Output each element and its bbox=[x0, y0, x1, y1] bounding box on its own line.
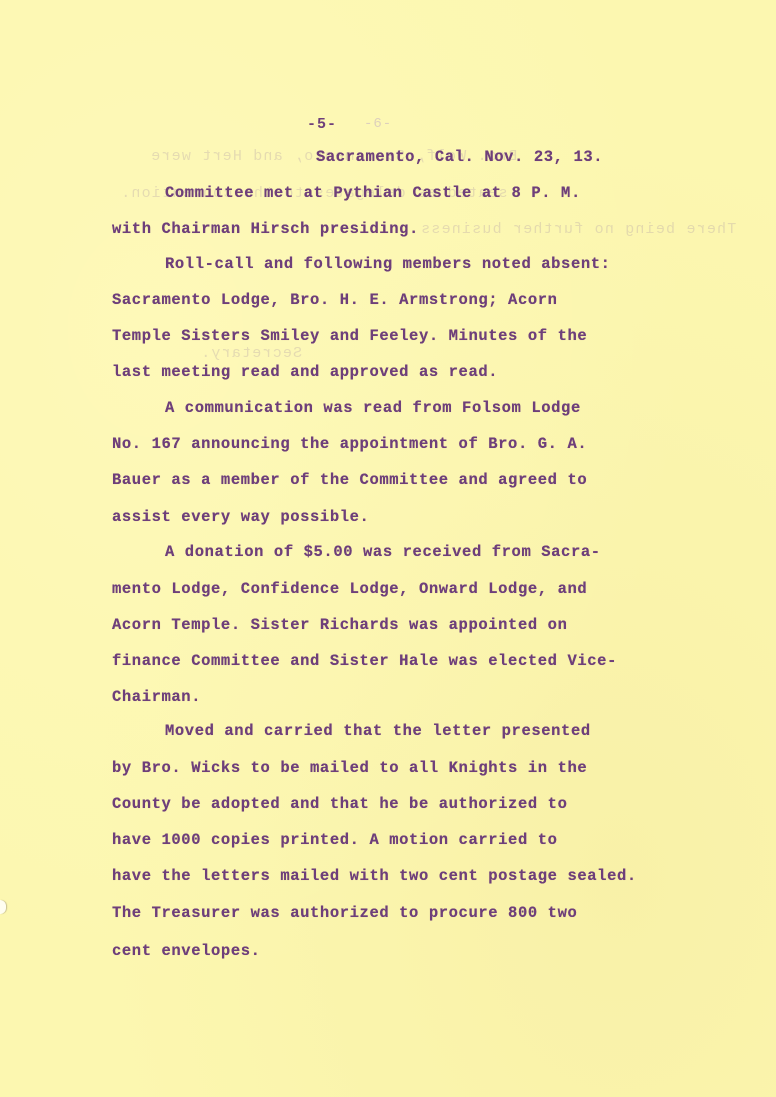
text-line: mento Lodge, Confidence Lodge, Onward Lo… bbox=[112, 580, 587, 598]
text-line: have 1000 copies printed. A motion carri… bbox=[112, 831, 558, 849]
text-line: finance Committee and Sister Hale was el… bbox=[112, 652, 617, 670]
bleed-through-text: Secretary. bbox=[200, 345, 302, 362]
text-line: Temple Sisters Smiley and Feeley. Minute… bbox=[112, 327, 587, 345]
date-line: Sacramento, Cal. Nov. 23, 13. bbox=[316, 148, 603, 166]
text-line: County be adopted and that he be authori… bbox=[112, 795, 567, 813]
text-line: Roll-call and following members noted ab… bbox=[165, 255, 611, 273]
text-line: The Treasurer was authorized to procure … bbox=[112, 904, 577, 922]
text-line: Sacramento Lodge, Bro. H. E. Armstrong; … bbox=[112, 291, 558, 309]
text-line: Bauer as a member of the Committee and a… bbox=[112, 471, 587, 489]
text-line: Chairman. bbox=[112, 688, 201, 706]
text-line: Acorn Temple. Sister Richards was appoin… bbox=[112, 616, 567, 634]
text-line: last meeting read and approved as read. bbox=[112, 363, 498, 381]
text-line: by Bro. Wicks to be mailed to all Knight… bbox=[112, 759, 587, 777]
text-line: cent envelopes. bbox=[112, 942, 261, 960]
page-number-bleed: -6- bbox=[364, 116, 392, 132]
text-line: A donation of $5.00 was received from Sa… bbox=[165, 543, 601, 561]
text-line: No. 167 announcing the appointment of Br… bbox=[112, 435, 587, 453]
paper-hole-mark bbox=[0, 900, 6, 914]
text-line: have the letters mailed with two cent po… bbox=[112, 867, 637, 885]
text-line: Moved and carried that the letter presen… bbox=[165, 722, 591, 740]
text-line: A communication was read from Folsom Lod… bbox=[165, 399, 581, 417]
text-line: Committee met at Pythian Castle at 8 P. … bbox=[165, 184, 581, 202]
text-line: assist every way possible. bbox=[112, 508, 369, 526]
bleed-through-text: There being no further business bbox=[420, 221, 736, 238]
text-line: with Chairman Hirsch presiding. bbox=[112, 220, 419, 238]
typewritten-page: Bro. Wolf, Sacramento, and Hert were sea… bbox=[0, 0, 776, 1097]
page-number: -5- bbox=[307, 116, 337, 133]
